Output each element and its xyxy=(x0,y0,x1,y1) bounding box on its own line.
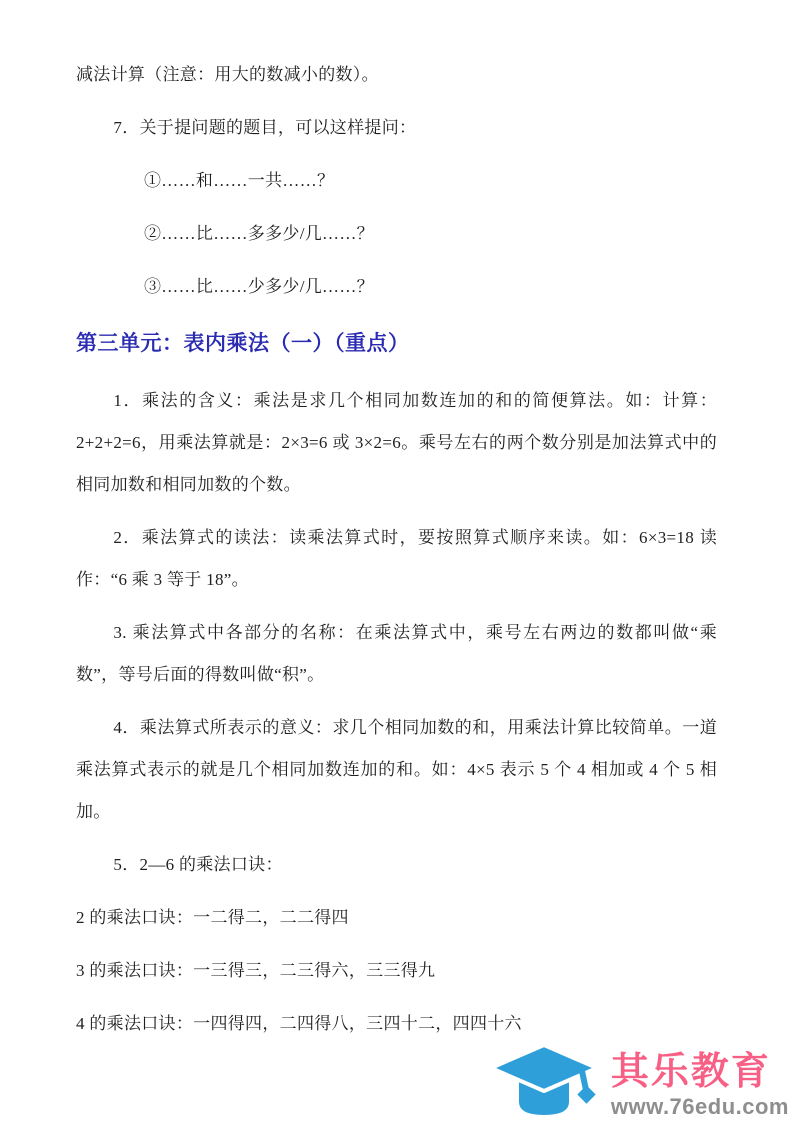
document-page: 减法计算（注意：用大的数减小的数）。 7．关于提问题的题目，可以这样提问： ①…… xyxy=(0,0,793,1122)
mnemonic-line-3: 3 的乘法口诀：一三得三，二三得六，三三得九 xyxy=(76,950,717,992)
paragraph-reading-method: 2．乘法算式的读法：读乘法算式时，要按照算式顺序来读。如：6×3=18 读作：“… xyxy=(76,517,717,601)
question-pattern-2: ②……比……多多少/几……？ xyxy=(76,213,717,255)
brand-logo: 其乐教育 www.76edu.com xyxy=(485,1038,789,1120)
document-body: 减法计算（注意：用大的数减小的数）。 7．关于提问题的题目，可以这样提问： ①…… xyxy=(76,0,717,1056)
graduation-cap-icon xyxy=(485,1038,603,1120)
section-heading-unit-3: 第三单元：表内乘法（一）（重点） xyxy=(76,324,717,364)
paragraph-expression-meaning: 4．乘法算式所表示的意义：求几个相同加数的和，用乘法计算比较简单。一道乘法算式表… xyxy=(76,707,717,833)
paragraph-multiplication-meaning: 1．乘法的含义：乘法是求几个相同加数连加的和的简便算法。如：计算：2+2+2=6… xyxy=(76,380,717,506)
mnemonic-line-2: 2 的乘法口诀：一二得二，二二得四 xyxy=(76,897,717,939)
question-pattern-3: ③……比……少多少/几……？ xyxy=(76,266,717,308)
brand-text-block: 其乐教育 www.76edu.com xyxy=(611,1050,789,1120)
question-pattern-1: ①……和……一共……？ xyxy=(76,160,717,202)
brand-name: 其乐教育 xyxy=(611,1050,771,1094)
paragraph-part-names: 3. 乘法算式中各部分的名称：在乘法算式中，乘号左右两边的数都叫做“乘数”，等号… xyxy=(76,612,717,696)
brand-website: www.76edu.com xyxy=(611,1094,789,1120)
paragraph-subtraction-note: 减法计算（注意：用大的数减小的数）。 xyxy=(76,54,717,96)
paragraph-item-7: 7．关于提问题的题目，可以这样提问： xyxy=(76,107,717,149)
paragraph-mnemonics-header: 5．2—6 的乘法口诀： xyxy=(76,844,717,886)
